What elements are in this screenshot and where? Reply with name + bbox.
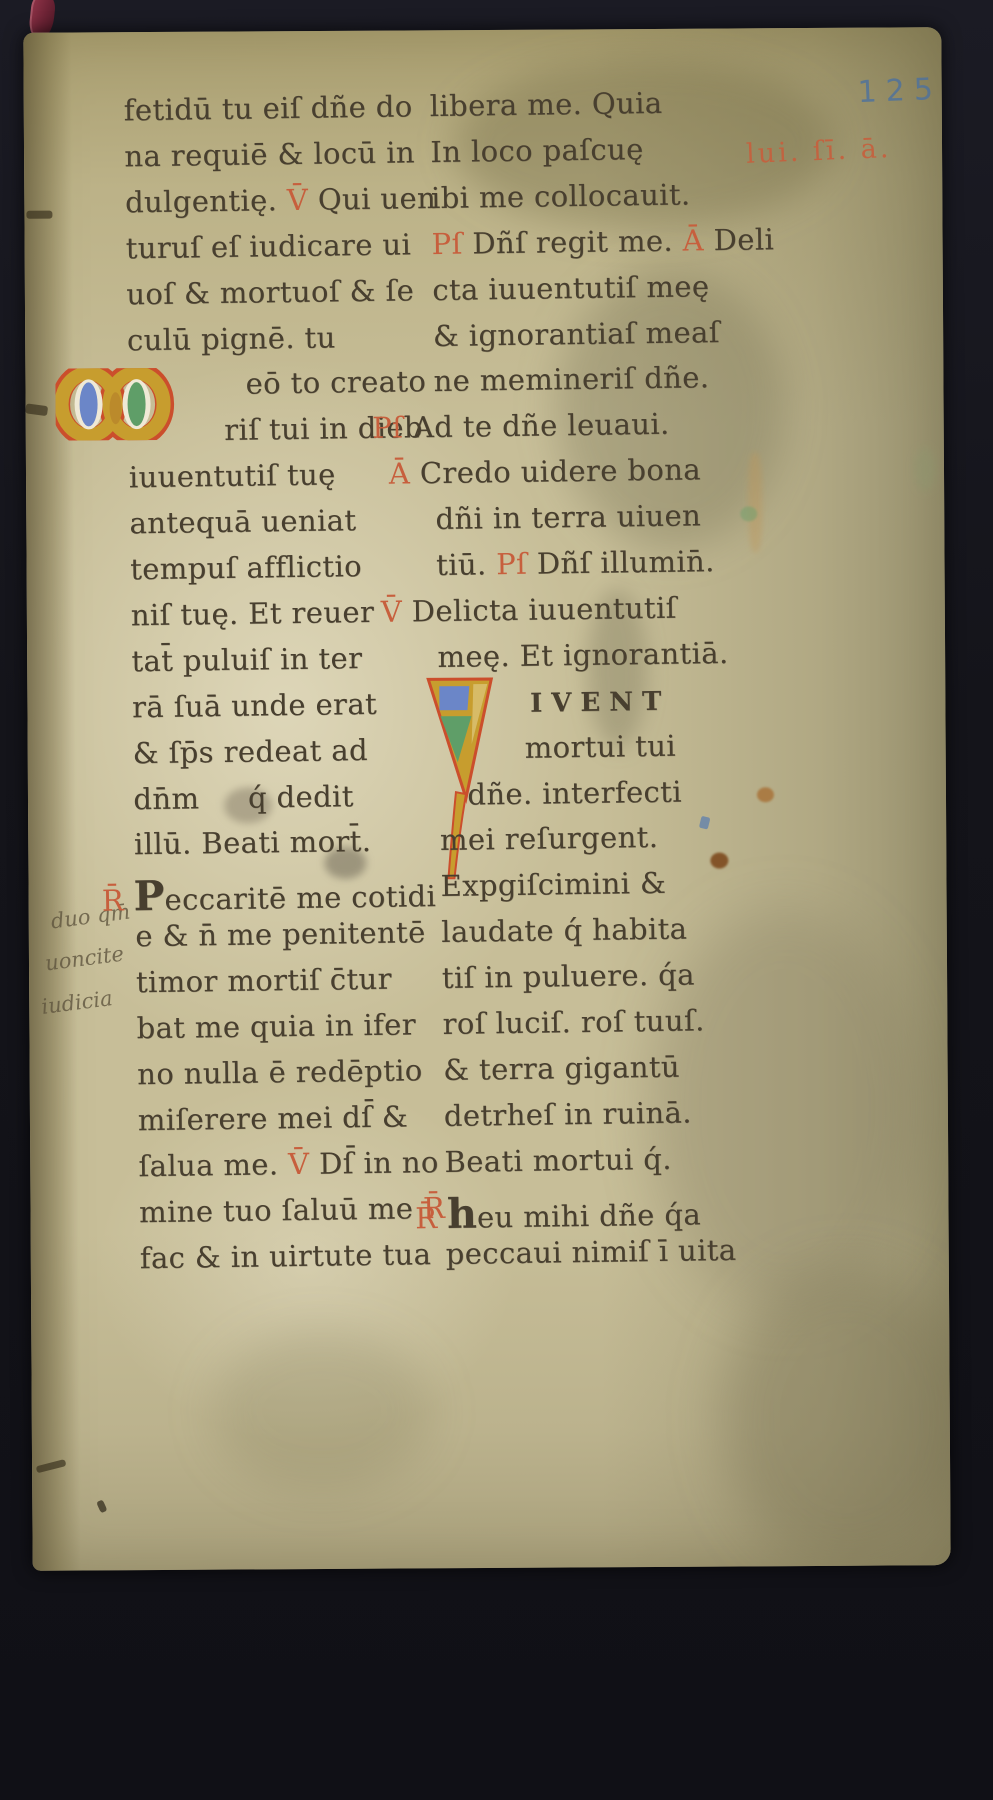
text-segment: Beati mortui q́. xyxy=(444,1142,672,1179)
text-segment: fetidū tu eiſ dñe do xyxy=(124,89,413,127)
text-segment-rubric: V̄ xyxy=(287,182,318,216)
text-segment: antequā ueniat xyxy=(129,503,356,540)
text-segment: ibi me collocauit. xyxy=(431,177,691,215)
text-line: e & n̄ me penitentē xyxy=(135,918,426,951)
text-segment: uoſ & mortuoſ & ſe xyxy=(126,273,414,311)
text-line: fetidū tu eiſ dñe do xyxy=(124,92,413,125)
text-line: Pſ Dñſ regit me. Ā Deli xyxy=(431,225,774,259)
text-line: timor mortiſ c̄tur xyxy=(136,965,392,998)
text-segment-rubric: V̄ xyxy=(381,594,412,628)
text-segment: mine tuo ſaluū me xyxy=(139,1191,423,1229)
text-line: R̄ Peccaritē me cotidi xyxy=(101,872,436,918)
text-segment-rubric: R̄ xyxy=(415,1201,447,1235)
text-segment: ſalua me. xyxy=(138,1147,288,1183)
text-line: no nulla ē redēptio xyxy=(137,1056,423,1089)
text-line: & ignorantiaſ meaſ xyxy=(433,318,720,351)
text-segment: & terra gigantū xyxy=(443,1050,680,1087)
text-segment: rā ſuā unde erat xyxy=(132,687,377,724)
text-segment: & ignorantiaſ meaſ xyxy=(433,315,720,353)
text-line: tiū. Pſ Dñſ illumin̄. xyxy=(436,547,715,580)
text-column-left: fetidū tu eiſ dñe dona requiē & locū ind… xyxy=(23,27,940,34)
text-segment-rubric: V̄ xyxy=(288,1146,319,1180)
text-line: ibi me collocauit. xyxy=(431,180,691,213)
text-segment: Qui uen xyxy=(318,181,437,217)
text-line: turuſ eſ iudicare ui xyxy=(125,230,411,263)
text-segment: turuſ eſ iudicare ui xyxy=(125,227,411,265)
text-segment: tat̄ puluiſ in ter xyxy=(131,641,362,678)
text-segment-rubric: R̄ xyxy=(102,884,134,918)
text-segment: niſ tuę. Et reuer xyxy=(131,595,375,632)
text-line: roſ luciſ. roſ tuuſ. xyxy=(442,1006,705,1039)
text-segment: eccaritē me cotidi xyxy=(164,879,436,917)
text-line: uoſ & mortuoſ & ſe xyxy=(126,276,414,309)
text-segment: miſerere mei dſ̄ & xyxy=(138,1099,409,1137)
text-segment: & ſp̄s redeat ad xyxy=(133,733,369,770)
text-segment: e & n̄ me penitentē xyxy=(135,915,426,953)
text-line: peccaui nimiſ ī uita xyxy=(446,1235,737,1268)
text-line: & terra gigantū xyxy=(443,1053,680,1085)
text-line: tat̄ puluiſ in ter xyxy=(131,644,362,676)
text-line: mei reſurgent. xyxy=(440,823,659,855)
text-segment: tiſ in puluere. q́a xyxy=(442,958,695,996)
text-segment: peccaui nimiſ ī uita xyxy=(446,1232,737,1270)
text-segment: bat me quia in ifer xyxy=(136,1007,416,1045)
text-segment: dn̄m q́ dedit xyxy=(133,779,354,816)
text-line: rā ſuā unde erat xyxy=(132,690,377,722)
text-line: niſ tuę. Et reuer xyxy=(131,598,375,630)
text-line: miſerere mei dſ̄ & xyxy=(138,1102,409,1135)
text-line: dulgentię. V̄ Qui uen xyxy=(125,184,436,217)
text-segment: In loco paſcuę xyxy=(430,132,644,169)
text-line: dñi in terra uiuen xyxy=(435,501,701,534)
text-segment: detrheſ in ruinā. xyxy=(444,1095,692,1132)
text-segment: dñe. interfecti xyxy=(467,774,682,811)
text-segment-rubric: Ā xyxy=(389,456,420,490)
text-line: fac & in uirtute tua xyxy=(140,1240,432,1273)
text-layer: fetidū tu eiſ dñe dona requiē & locū ind… xyxy=(23,27,950,1571)
text-segment-rubric: Ā xyxy=(682,223,713,257)
text-line: illū. Beati mort̄. xyxy=(134,827,372,859)
text-line: cta iuuentutiſ meę xyxy=(432,272,709,305)
text-line: R̄ heu mihi dñe q́a xyxy=(415,1190,701,1235)
text-segment: mei reſurgent. xyxy=(440,820,659,857)
text-line: culū pignē. tu xyxy=(127,323,336,355)
text-line: Expgiſcimini & xyxy=(440,869,666,901)
text-line: mine tuo ſaluū me R̄ xyxy=(139,1194,445,1227)
text-segment: Deli xyxy=(713,222,774,257)
text-line: detrheſ in ruinā. xyxy=(444,1098,692,1130)
text-segment: illū. Beati mort̄. xyxy=(134,824,372,861)
text-line: iuuentutiſ tuę xyxy=(129,461,336,493)
text-segment: Dñſ illumin̄. xyxy=(537,544,715,580)
text-segment-rubric: Pſ xyxy=(372,411,413,446)
text-segment: Dñſ regit me. xyxy=(472,223,683,260)
text-segment: na requiē & locū in xyxy=(124,135,415,173)
text-line: laudate q́ habita xyxy=(441,915,687,947)
text-line: tiſ in puluere. q́a xyxy=(442,961,695,994)
text-line: mortui tui xyxy=(525,731,677,762)
text-segment: Ad te dñe leuaui. xyxy=(413,407,670,445)
text-segment: dulgentię. xyxy=(125,183,287,219)
text-segment: libera me. Quia xyxy=(430,86,663,123)
text-segment: meę. Et ignorantiā. xyxy=(437,636,729,674)
text-segment: tiū. xyxy=(436,547,497,582)
text-line: dn̄m q́ dedit xyxy=(133,782,354,814)
text-segment: eō to creato xyxy=(245,365,426,402)
text-segment: dñi in terra uiuen xyxy=(435,498,701,536)
text-line: eō to creato xyxy=(245,368,426,400)
text-segment: roſ luciſ. roſ tuuſ. xyxy=(442,1003,705,1041)
text-segment: eu mihi dñe q́a xyxy=(477,1197,702,1234)
text-segment: Dſ̄ in no xyxy=(319,1145,439,1181)
text-line: bat me quia in ifer xyxy=(136,1010,416,1043)
text-segment: timor mortiſ c̄tur xyxy=(136,962,392,1000)
text-segment-versal: P xyxy=(133,872,165,920)
text-column-right: libera me. QuiaIn loco paſcuęibi me coll… xyxy=(23,27,940,34)
text-segment: fac & in uirtute tua xyxy=(140,1237,432,1275)
text-segment: no nulla ē redēptio xyxy=(137,1053,423,1091)
text-line: antequā ueniat xyxy=(129,506,356,538)
text-segment: cta iuuentutiſ meę xyxy=(432,269,710,307)
manuscript-page: 125 lui. ſī. ā. duo qm̄ uoncite iudicia xyxy=(23,27,950,1571)
text-line: V̄ Delicta iuuentutiſ xyxy=(381,594,677,627)
text-segment: iuuentutiſ tuę xyxy=(129,458,336,495)
photo-background: 125 lui. ſī. ā. duo qm̄ uoncite iudicia xyxy=(0,0,993,1800)
text-segment-caps: IVENT xyxy=(530,686,671,718)
text-segment: Credo uidere bona xyxy=(420,453,702,491)
text-line: Beati mortui q́. xyxy=(444,1145,672,1177)
text-segment: culū pignē. tu xyxy=(127,320,336,357)
text-line: Pſ Ad te dñe leuaui. xyxy=(372,410,670,443)
text-line: meę. Et ignorantiā. xyxy=(437,639,729,672)
text-segment: Expgiſcimini & xyxy=(440,866,666,903)
text-line: libera me. Quia xyxy=(430,89,663,121)
text-segment: ne memineriſ dñe. xyxy=(433,361,709,399)
text-segment: mortui tui xyxy=(524,728,676,764)
text-line: ſalua me. V̄ Dſ̄ in no xyxy=(138,1148,439,1181)
text-segment: laudate q́ habita xyxy=(441,912,688,949)
text-segment-rubric: Pſ xyxy=(496,547,537,582)
text-line: & ſp̄s redeat ad xyxy=(133,736,369,768)
text-line: IVENT xyxy=(530,685,671,716)
text-line: tempuſ afflictio xyxy=(130,552,362,584)
text-line: Ā Credo uidere bona xyxy=(389,456,702,489)
text-segment: Delicta iuuentutiſ xyxy=(412,591,677,629)
text-line: na requiē & locū in xyxy=(124,138,415,171)
text-segment-versal: h xyxy=(447,1189,477,1237)
text-line: ne memineriſ dñe. xyxy=(433,364,709,397)
text-segment-rubric: Pſ xyxy=(431,226,472,261)
text-segment: tempuſ afflictio xyxy=(130,549,362,586)
text-line: dñe. interfecti xyxy=(467,777,682,809)
text-line: In loco paſcuę xyxy=(430,135,644,167)
